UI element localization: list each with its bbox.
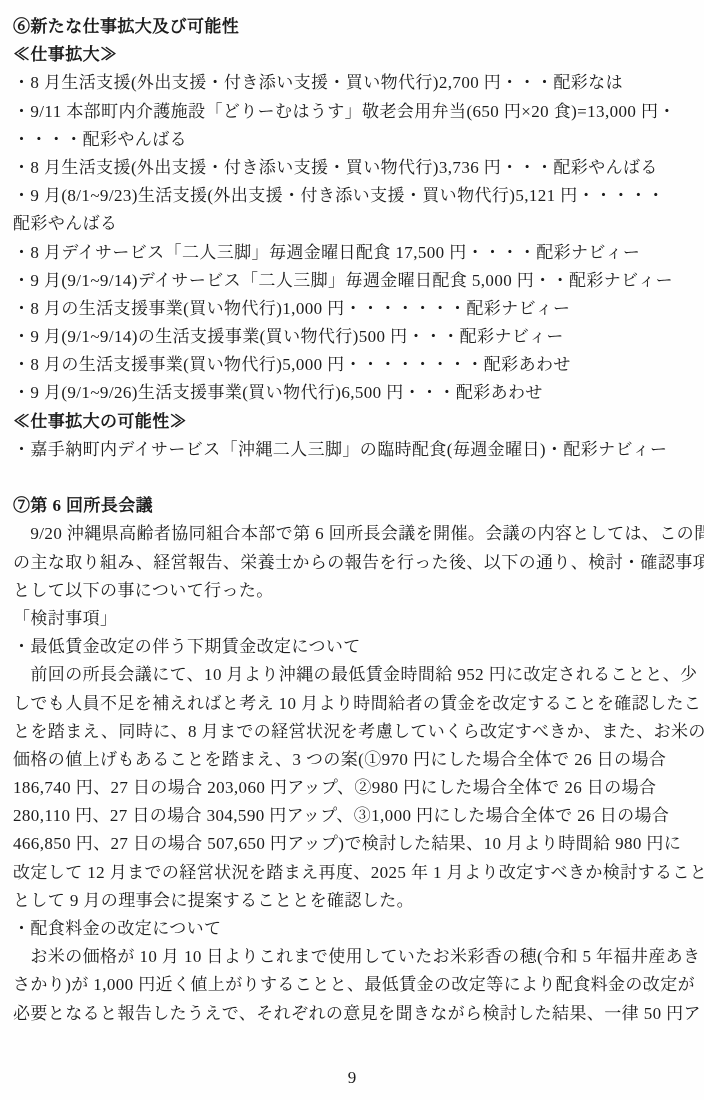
meeting-paragraph-line: ・配食料金の改定について [13,915,694,943]
work-expansion-line: ・8 月生活支援(外出支援・付き添い支援・買い物代行)2,700 円・・・配彩な… [13,69,694,97]
section7-heading: ⑦第 6 回所長会議 [13,492,694,520]
meeting-paragraph-line: の主な取り組み、経営報告、栄養士からの報告を行った後、以下の通り、検討・確認事項 [13,549,694,577]
meeting-paragraph-line: 280,110 円、27 日の場合 304,590 円アップ、③1,000 円に… [13,802,694,830]
meeting-paragraph-line: 186,740 円、27 日の場合 203,060 円アップ、②980 円にした… [13,774,694,802]
meeting-paragraph-line: 価格の値上げもあることを踏まえ、3 つの案(①970 円にした場合全体で 26 … [13,746,694,774]
meeting-paragraph-line: しでも人員不足を補えればと考え 10 月より時間給者の賃金を改定することを確認し… [13,690,694,718]
meeting-paragraph-line: ・最低賃金改定の伴う下期賃金改定について [13,633,694,661]
work-expansion-line: ・8 月の生活支援事業(買い物代行)1,000 円・・・・・・・配彩ナビィー [13,295,694,323]
document-content: ⑥新たな仕事拡大及び可能性 ≪仕事拡大≫ ・8 月生活支援(外出支援・付き添い支… [0,0,704,1028]
page-number: 9 [0,1068,704,1088]
work-expansion-heading: ≪仕事拡大≫ [13,41,694,69]
work-expansion-line: ・9 月(9/1~9/14)の生活支援事業(買い物代行)500 円・・・配彩ナビ… [13,323,694,351]
work-possibility-heading: ≪仕事拡大の可能性≫ [13,408,694,436]
work-possibility-line: ・嘉手納町内デイサービス「沖縄二人三脚」の臨時配食(毎週金曜日)・配彩ナビィー [13,436,694,464]
work-expansion-line: ・・・・配彩やんばる [13,126,694,154]
meeting-paragraph-line: さかり)が 1,000 円近く値上がりすることと、最低賃金の改定等により配食料金… [13,971,694,999]
meeting-paragraph-line: として 9 月の理事会に提案することとを確認した。 [13,887,694,915]
blank-line [13,464,694,492]
work-expansion-line: ・8 月の生活支援事業(買い物代行)5,000 円・・・・・・・・配彩あわせ [13,351,694,379]
document-page: ⑥新たな仕事拡大及び可能性 ≪仕事拡大≫ ・8 月生活支援(外出支援・付き添い支… [0,0,704,1100]
meeting-paragraph-line: 必要となると報告したうえで、それぞれの意見を聞きながら検討した結果、一律 50 … [13,1000,694,1028]
section6-heading: ⑥新たな仕事拡大及び可能性 [13,13,694,41]
meeting-paragraph-line: 「検討事項」 [13,605,694,633]
meeting-paragraph-line: 前回の所長会議にて、10 月より沖縄の最低賃金時間給 952 円に改定されること… [13,661,694,689]
work-expansion-line: ・9 月(9/1~9/26)生活支援事業(買い物代行)6,500 円・・・配彩あ… [13,379,694,407]
work-expansion-line: ・9 月(8/1~9/23)生活支援(外出支援・付き添い支援・買い物代行)5,1… [13,182,694,210]
work-expansion-line: ・8 月生活支援(外出支援・付き添い支援・買い物代行)3,736 円・・・配彩や… [13,154,694,182]
meeting-paragraph-line: お米の価格が 10 月 10 日よりこれまで使用していたお米彩香の穂(令和 5 … [13,943,694,971]
meeting-paragraph-line: とを踏まえ、同時に、8 月までの経営状況を考慮していくら改定すべきか、また、お米… [13,718,694,746]
work-expansion-line: 配彩やんばる [13,210,694,238]
work-expansion-line: ・9/11 本部町内介護施設「どりーむはうす」敬老会用弁当(650 円×20 食… [13,98,694,126]
meeting-paragraph-line: 改定して 12 月までの経営状況を踏まえ再度、2025 年 1 月より改定すべき… [13,859,694,887]
meeting-paragraph-line: 9/20 沖縄県高齢者協同組合本部で第 6 回所長会議を開催。会議の内容としては… [13,520,694,548]
work-expansion-line: ・9 月(9/1~9/14)デイサービス「二人三脚」毎週金曜日配食 5,000 … [13,267,694,295]
meeting-paragraph-line: として以下の事について行った。 [13,577,694,605]
work-expansion-line: ・8 月デイサービス「二人三脚」毎週金曜日配食 17,500 円・・・・配彩ナビ… [13,239,694,267]
meeting-paragraph-line: 466,850 円、27 日の場合 507,650 円アップ)で検討した結果、1… [13,830,694,858]
